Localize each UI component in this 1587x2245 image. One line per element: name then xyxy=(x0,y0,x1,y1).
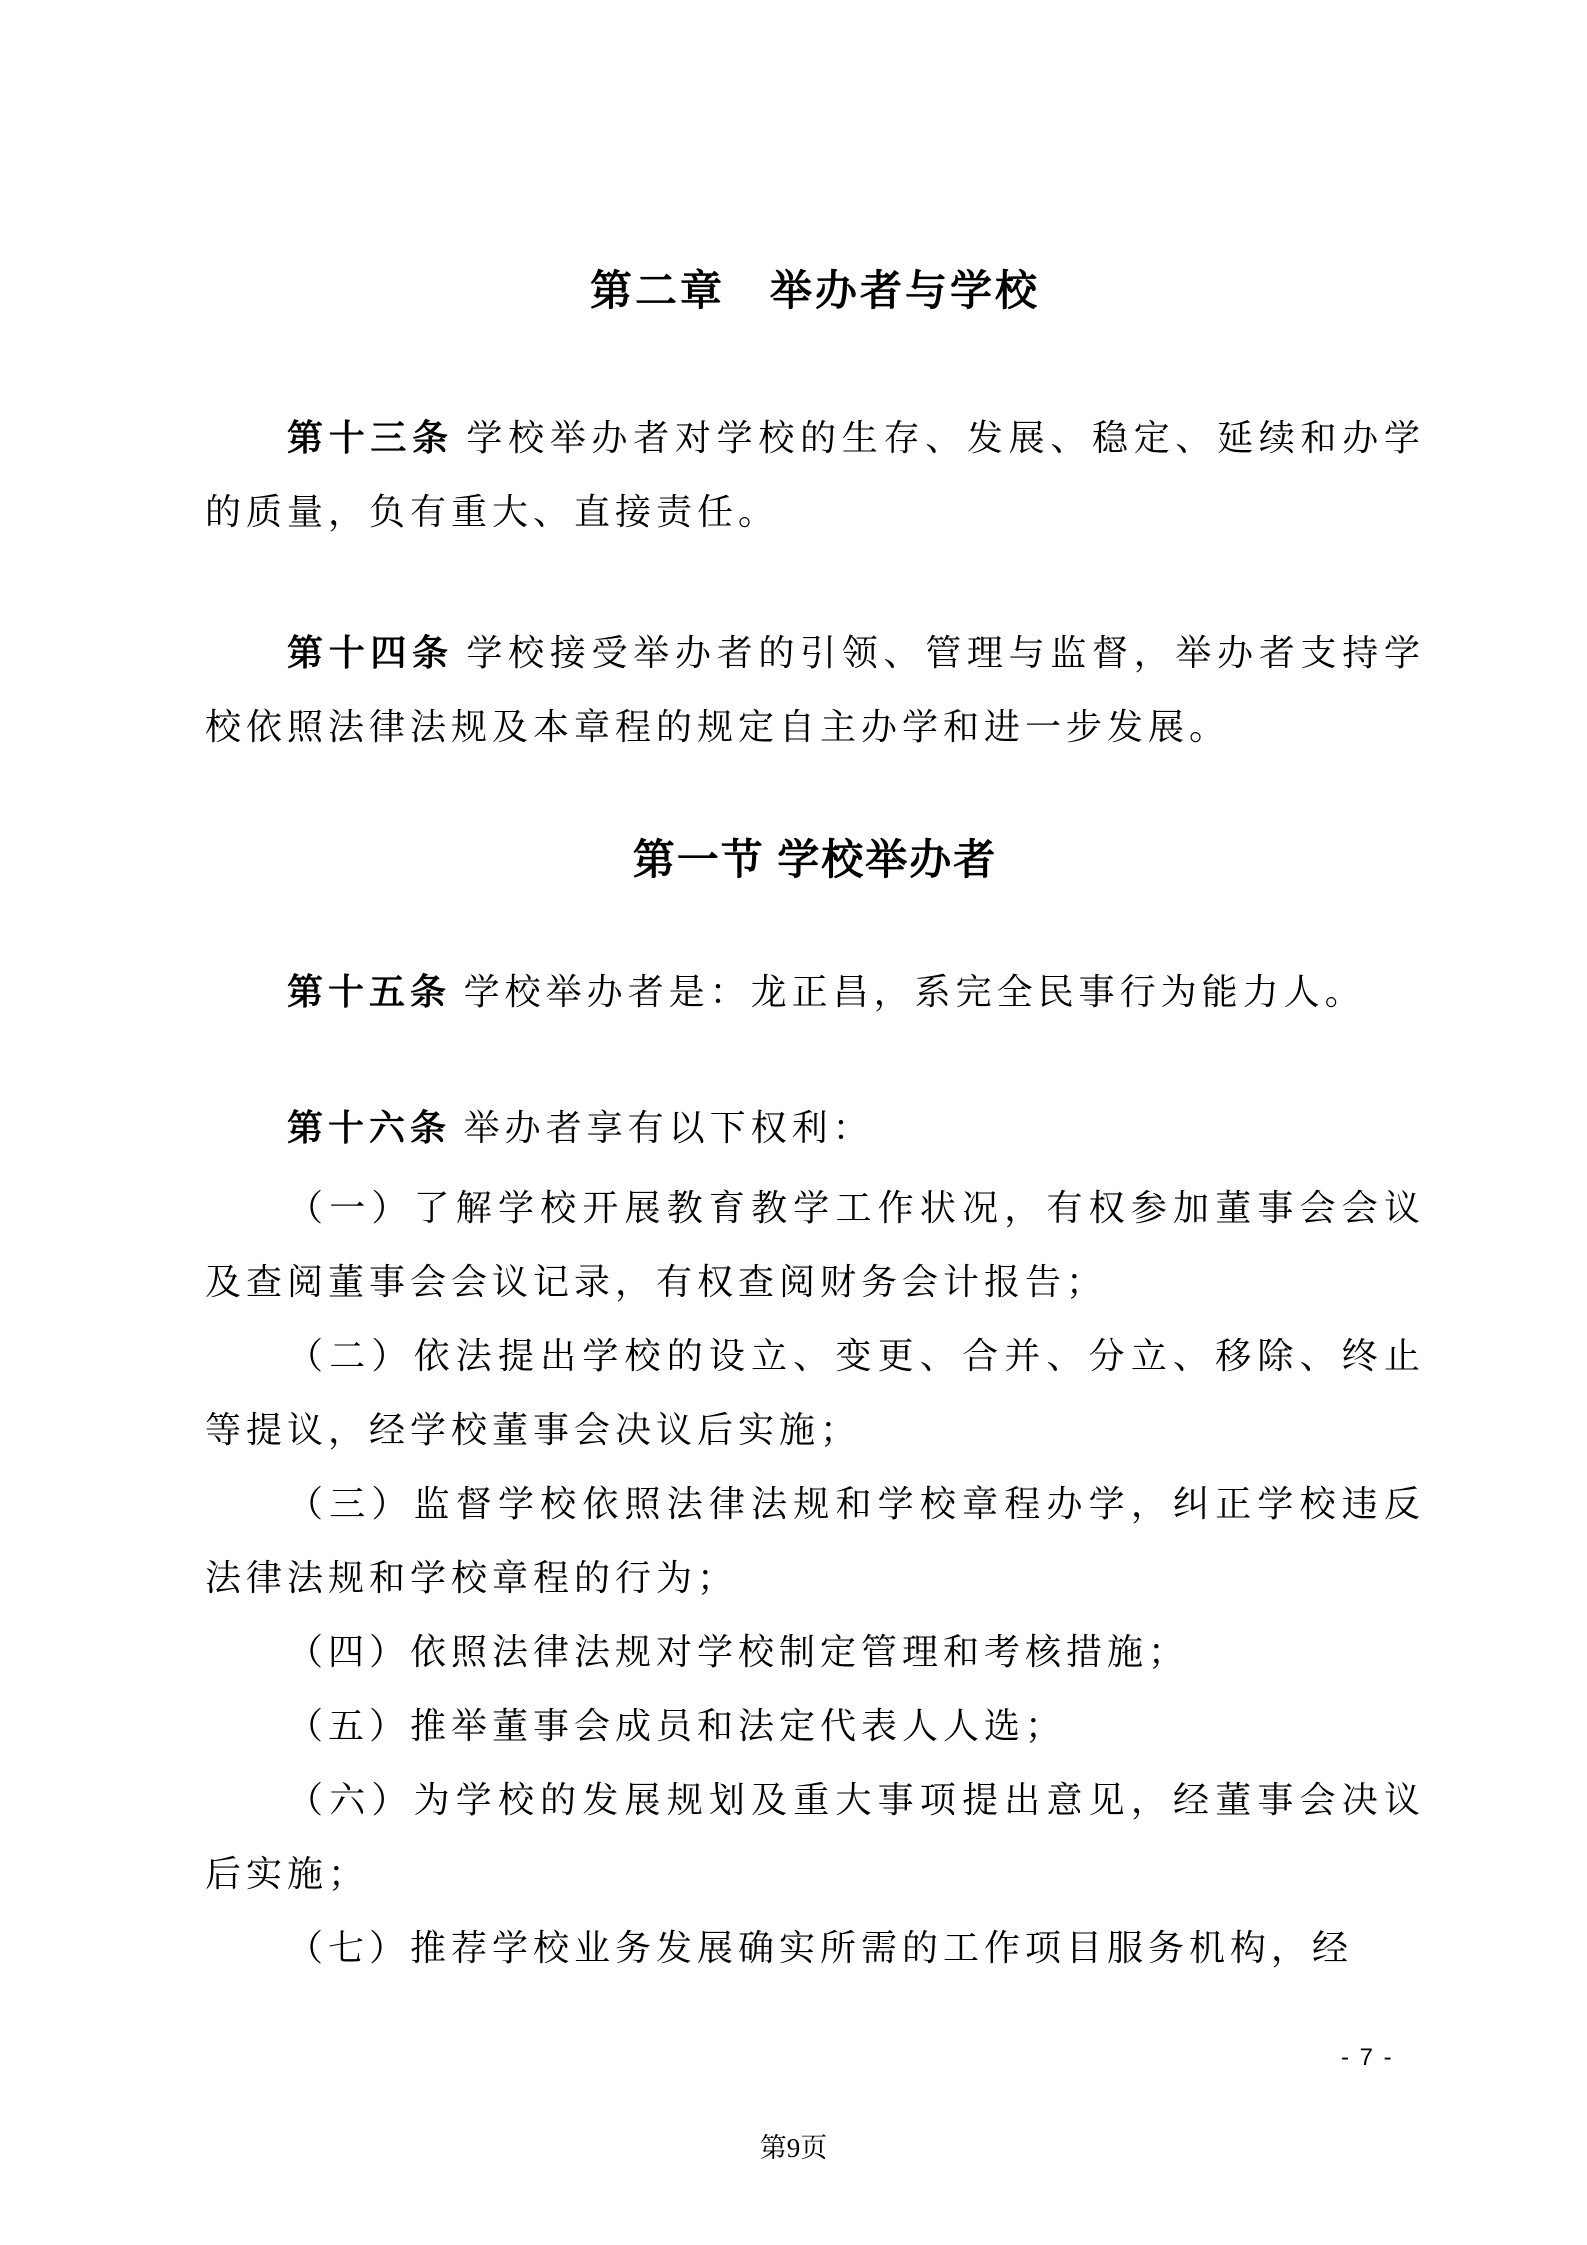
document-page: 第二章 举办者与学校 第十三条学校举办者对学校的生存、发展、稳定、延续和办学的质… xyxy=(0,0,1587,2245)
list-item-4: （四）依照法律法规对学校制定管理和考核措施； xyxy=(205,1615,1425,1689)
article-14: 第十四条学校接受举办者的引领、管理与监督，举办者支持学校依照法律法规及本章程的规… xyxy=(205,616,1425,764)
article-16-number: 第十六条 xyxy=(287,1108,451,1148)
list-item-1: （一）了解学校开展教育教学工作状况，有权参加董事会会议及查阅董事会会议记录，有权… xyxy=(205,1171,1425,1319)
article-16-text: 举办者享有以下权利： xyxy=(464,1108,874,1148)
list-item-2: （二）依法提出学校的设立、变更、合并、分立、移除、终止等提议，经学校董事会决议后… xyxy=(205,1319,1425,1467)
section-title: 第一节 学校举办者 xyxy=(205,824,1425,898)
list-item-5: （五）推举董事会成员和法定代表人人选； xyxy=(205,1689,1425,1763)
page-marker: - 7 - xyxy=(1341,2044,1394,2072)
rights-list: （一）了解学校开展教育教学工作状况，有权参加董事会会议及查阅董事会会议记录，有权… xyxy=(205,1171,1425,1985)
list-item-6: （六）为学校的发展规划及重大事项提出意见，经董事会决议后实施； xyxy=(205,1763,1425,1911)
page-number-label: 第9页 xyxy=(0,2126,1587,2165)
chapter-title: 第二章 举办者与学校 xyxy=(205,268,1425,314)
article-13: 第十三条学校举办者对学校的生存、发展、稳定、延续和办学的质量，负有重大、直接责任… xyxy=(205,401,1425,549)
article-13-number: 第十三条 xyxy=(287,418,454,458)
article-16: 第十六条举办者享有以下权利： xyxy=(205,1091,1425,1165)
article-15: 第十五条学校举办者是：龙正昌，系完全民事行为能力人。 xyxy=(205,955,1425,1029)
document-body: 第二章 举办者与学校 第十三条学校举办者对学校的生存、发展、稳定、延续和办学的质… xyxy=(205,0,1425,1985)
article-14-number: 第十四条 xyxy=(287,633,454,673)
article-15-text: 学校举办者是：龙正昌，系完全民事行为能力人。 xyxy=(464,972,1366,1012)
list-item-3: （三）监督学校依照法律法规和学校章程办学，纠正学校违反法律法规和学校章程的行为； xyxy=(205,1467,1425,1615)
article-15-number: 第十五条 xyxy=(287,972,451,1012)
list-item-7: （七）推荐学校业务发展确实所需的工作项目服务机构，经 xyxy=(205,1911,1425,1985)
